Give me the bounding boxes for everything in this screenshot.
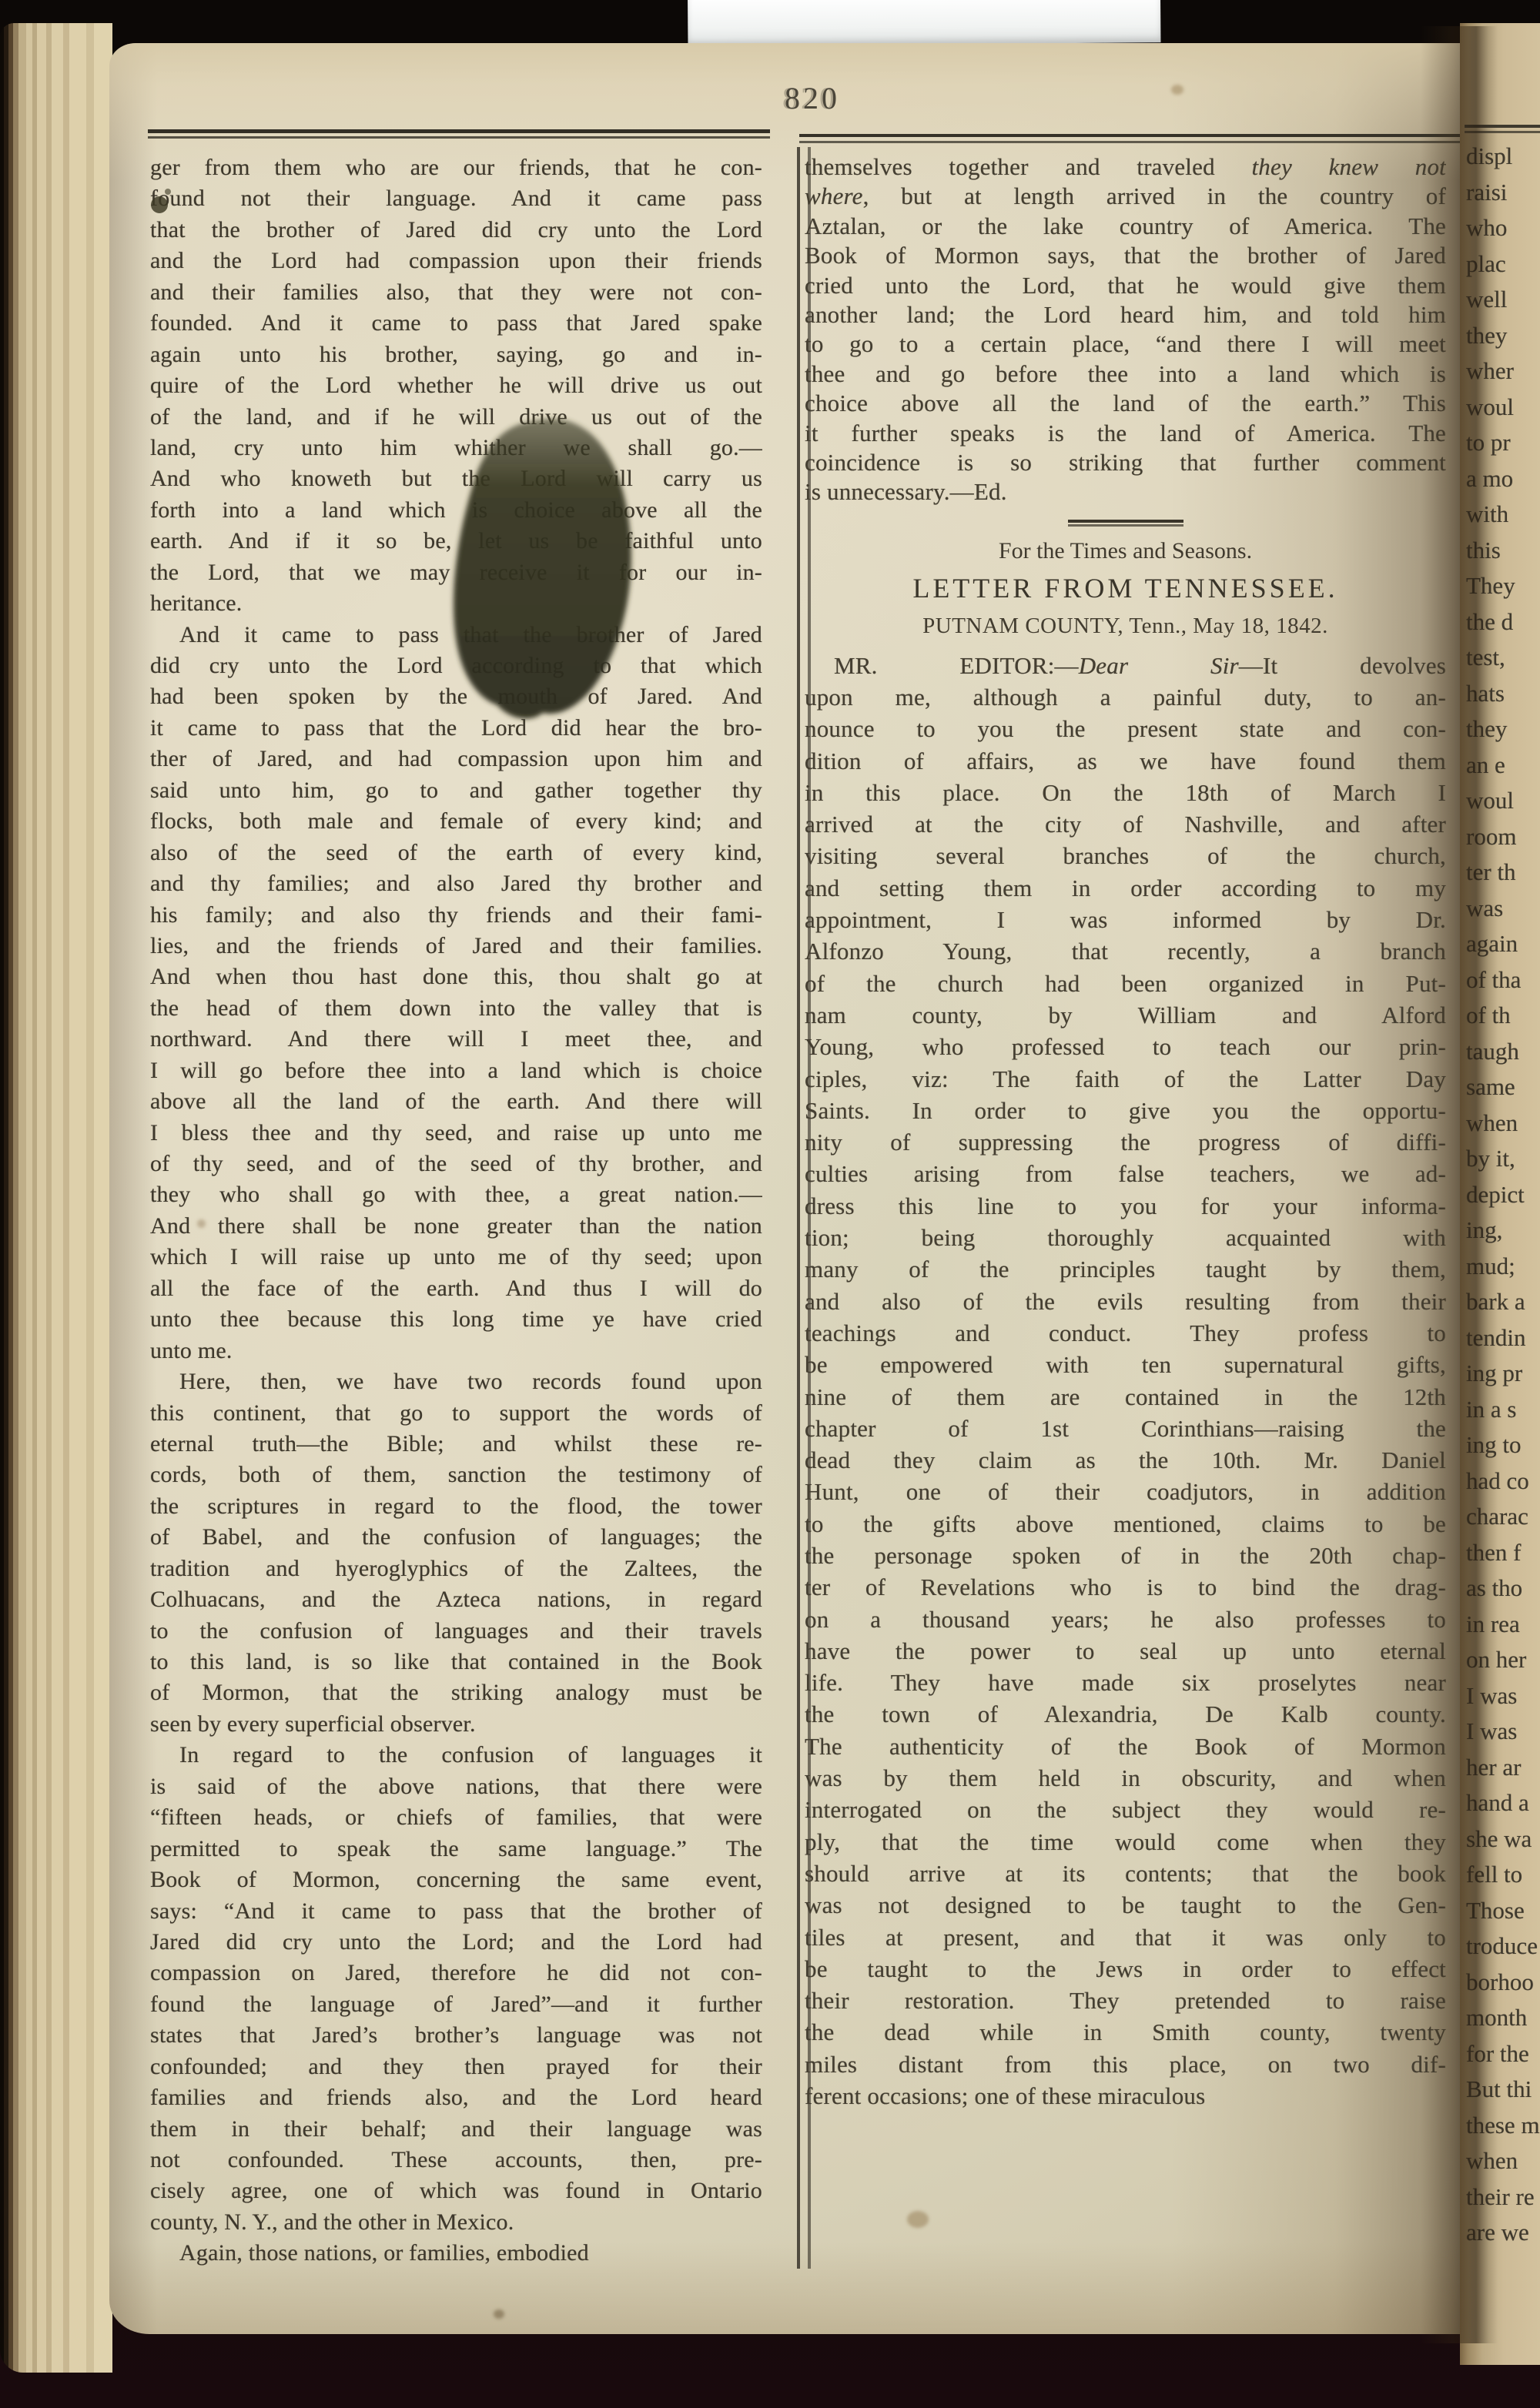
- column-top-rule-sliver: [1465, 125, 1540, 133]
- text-line-fragment: ter th: [1466, 855, 1540, 891]
- column-top-rule-left: [148, 129, 770, 139]
- text-line-fragment: with: [1466, 497, 1540, 533]
- text-line: unto me.: [150, 1336, 762, 1366]
- text-line: be empowered with ten supernatural gifts…: [805, 1349, 1446, 1380]
- text-line: forth into a land which is choice above …: [150, 495, 762, 526]
- text-line: ferent occasions; one of these miraculou…: [805, 2080, 1446, 2112]
- text-line-fragment: fell to: [1466, 1857, 1540, 1893]
- text-line-fragment: room: [1466, 819, 1540, 855]
- text-line-fragment: I was: [1466, 1714, 1540, 1750]
- text-line: miles distant from this place, on two di…: [805, 2048, 1446, 2080]
- text-line: which I will raise up unto me of thy see…: [150, 1242, 762, 1273]
- text-line: And when thou hast done this, thou shalt…: [150, 962, 762, 992]
- text-line-fragment: they: [1466, 318, 1540, 354]
- article-body-block: MR. EDITOR:—Dear Sir—It devolvesupon me,…: [805, 650, 1446, 2112]
- text-line: his family; and also thy friends and the…: [150, 900, 762, 931]
- text-line: and their families also, that they were …: [150, 277, 762, 308]
- text-line: cisely agree, one of which was found in …: [150, 2176, 762, 2206]
- text-line: flocks, both male and female of every ki…: [150, 806, 762, 837]
- text-line-fragment: well: [1466, 282, 1540, 318]
- text-line-fragment: hand a: [1466, 1785, 1540, 1821]
- text-line-fragment: raisi: [1466, 175, 1540, 211]
- text-line-fragment: tendin: [1466, 1320, 1540, 1356]
- text-line: all the face of the earth. And thus I wi…: [150, 1273, 762, 1304]
- text-line-fragment: their re: [1466, 2179, 1540, 2216]
- text-line: Saints. In order to give you the opportu…: [805, 1095, 1446, 1126]
- text-line: this continent, that go to support the w…: [150, 1398, 762, 1429]
- text-line-fragment: for the: [1466, 2036, 1540, 2072]
- text-line: thee and go before thee into a land whic…: [805, 360, 1446, 389]
- article-dateline: PUTNAM COUNTY, Tenn., May 18, 1842.: [805, 608, 1446, 644]
- text-line-fragment: But thi: [1466, 2072, 1540, 2108]
- text-line: I bless thee and thy seed, and raise up …: [150, 1118, 762, 1149]
- text-line-fragment: her ar: [1466, 1750, 1540, 1786]
- paper-bookmark: [688, 0, 1160, 46]
- text-line: The authenticity of the Book of Mormon: [805, 1731, 1446, 1762]
- text-line-fragment: ing,: [1466, 1212, 1540, 1249]
- text-line-fragment: mud;: [1466, 1249, 1540, 1285]
- text-line: of Babel, and the confusion of languages…: [150, 1522, 762, 1553]
- text-line: and thy families; and also Jared thy bro…: [150, 868, 762, 899]
- text-line-fragment: then f: [1466, 1535, 1540, 1571]
- text-line: nity of suppressing the progress of diff…: [805, 1126, 1446, 1158]
- text-line: did cry unto the Lord according to that …: [150, 650, 762, 681]
- sliver-text-column: displraisiwhoplacwelltheywherwoulto pra …: [1466, 139, 1540, 2251]
- text-line: found the language of Jared”—and it furt…: [150, 1989, 762, 2020]
- text-line: families and friends also, and the Lord …: [150, 2082, 762, 2113]
- text-line: And there shall be none greater than the…: [150, 1211, 762, 1242]
- book-binding-edge: [0, 23, 112, 2373]
- text-line: Again, those nations, or families, embod…: [150, 2238, 762, 2269]
- text-line: that the brother of Jared did cry unto t…: [150, 215, 762, 246]
- text-line: Colhuacans, and the Azteca nations, in r…: [150, 1584, 762, 1615]
- text-line: Book of Mormon says, that the brother of…: [805, 241, 1446, 270]
- text-line: Jared did cry unto the Lord; and the Lor…: [150, 1927, 762, 1958]
- text-line: ter of Revelations who is to bind the dr…: [805, 1571, 1446, 1603]
- text-line: appointment, I was informed by Dr.: [805, 904, 1446, 935]
- text-line-fragment: as tho: [1466, 1570, 1540, 1607]
- text-line: the dead while in Smith county, twenty: [805, 2016, 1446, 2048]
- text-line: upon me, although a painful duty, to an-: [805, 681, 1446, 713]
- left-text-column: ger from them who are our friends, that …: [150, 152, 762, 2269]
- text-line-fragment: depict: [1466, 1177, 1540, 1213]
- text-line-fragment: who: [1466, 210, 1540, 246]
- text-line: culties arising from false teachers, we …: [805, 1158, 1446, 1189]
- text-line: dition of affairs, as we have found them: [805, 745, 1446, 777]
- text-line: it further speaks is the land of America…: [805, 419, 1446, 448]
- text-line: compassion on Jared, therefore he did no…: [150, 1958, 762, 1988]
- text-line: the head of them down into the valley th…: [150, 993, 762, 1024]
- text-line-fragment: she wa: [1466, 1821, 1540, 1858]
- text-line: their restoration. They pretended to rai…: [805, 1985, 1446, 2016]
- text-line: tion; being thoroughly acquainted with: [805, 1222, 1446, 1253]
- text-line: Alfonzo Young, that recently, a branch: [805, 935, 1446, 967]
- text-line: have the power to seal up unto eternal: [805, 1635, 1446, 1667]
- left-page: 820 ger from them who are our friends, t…: [109, 43, 1471, 2334]
- text-line: it came to pass that the Lord did hear t…: [150, 713, 762, 744]
- text-line: to go to a certain place, “and there I w…: [805, 329, 1446, 359]
- text-line: and the Lord had compassion upon their f…: [150, 246, 762, 276]
- article-end-block: themselves together and traveled they kn…: [805, 152, 1446, 507]
- text-line: many of the principles taught by them,: [805, 1253, 1446, 1285]
- text-line-fragment: on her: [1466, 1642, 1540, 1678]
- text-line: northward. And there will I meet thee, a…: [150, 1024, 762, 1055]
- text-line: arrived at the city of Nashville, and af…: [805, 808, 1446, 840]
- text-line-fragment: woul: [1466, 390, 1540, 426]
- text-line: cords, both of them, sanction the testim…: [150, 1460, 762, 1490]
- text-line: nounce to you the present state and con-: [805, 713, 1446, 744]
- text-line: Here, then, we have two records found up…: [150, 1366, 762, 1397]
- middle-text-column: themselves together and traveled they kn…: [805, 152, 1446, 2112]
- text-line-fragment: by it,: [1466, 1141, 1540, 1177]
- text-line: MR. EDITOR:—Dear Sir—It devolves: [805, 650, 1446, 681]
- text-line-fragment: Those: [1466, 1893, 1540, 1929]
- text-line: nam county, by William and Alford: [805, 999, 1446, 1031]
- text-line: to this land, is so like that contained …: [150, 1647, 762, 1677]
- text-line: Book of Mormon, concerning the same even…: [150, 1865, 762, 1895]
- text-line: should arrive at its contents; that the …: [805, 1858, 1446, 1889]
- text-line: they who shall go with thee, a great nat…: [150, 1179, 762, 1210]
- text-line-fragment: an e: [1466, 747, 1540, 784]
- text-line-fragment: these m: [1466, 2108, 1540, 2144]
- text-line: on a thousand years; he also professes t…: [805, 1604, 1446, 1635]
- text-line: visiting several branches of the church,: [805, 840, 1446, 871]
- text-line: eternal truth—the Bible; and whilst thes…: [150, 1429, 762, 1460]
- text-line-fragment: had co: [1466, 1463, 1540, 1500]
- text-line-fragment: are we: [1466, 2215, 1540, 2251]
- text-line: county, N. Y., and the other in Mexico.: [150, 2207, 762, 2238]
- text-line-fragment: I was: [1466, 1678, 1540, 1714]
- text-line: of the church had been organized in Put-: [805, 968, 1446, 999]
- text-line: chapter of 1st Corinthians—raising the: [805, 1413, 1446, 1444]
- article-attribution: For the Times and Seasons.: [805, 534, 1446, 568]
- text-line: of the land, and if he will drive us out…: [150, 402, 762, 433]
- text-line: of thy seed, and of the seed of thy brot…: [150, 1149, 762, 1179]
- text-line-fragment: the d: [1466, 604, 1540, 640]
- text-line: “fifteen heads, or chiefs of families, t…: [150, 1802, 762, 1833]
- text-line: where, but at length arrived in the coun…: [805, 182, 1446, 211]
- text-line-fragment: a mo: [1466, 461, 1540, 497]
- text-line-fragment: in a s: [1466, 1392, 1540, 1428]
- text-line: to the confusion of languages and their …: [150, 1616, 762, 1647]
- text-line: In regard to the confusion of languages …: [150, 1740, 762, 1771]
- text-line: was not designed to be taught to the Gen…: [805, 1889, 1446, 1921]
- text-line-fragment: bark a: [1466, 1284, 1540, 1320]
- text-line: also of the seed of the earth of every k…: [150, 838, 762, 868]
- text-line-fragment: of tha: [1466, 962, 1540, 998]
- text-line: again unto his brother, saying, go and i…: [150, 339, 762, 370]
- text-line: Young, who professed to teach our prin-: [805, 1031, 1446, 1062]
- text-line: another land; the Lord heard him, and to…: [805, 300, 1446, 329]
- text-line: confounded; and they then prayed for the…: [150, 2052, 762, 2082]
- text-line-fragment: this: [1466, 533, 1540, 569]
- text-line-fragment: troduce: [1466, 1928, 1540, 1965]
- text-line: the Lord, that we may receive it for our…: [150, 557, 762, 588]
- article-headline: LETTER FROM TENNESSEE.: [805, 568, 1446, 608]
- text-line: ger from them who are our friends, that …: [150, 152, 762, 183]
- text-line: And who knoweth but the Lord will carry …: [150, 463, 762, 494]
- text-line: dress this line to you for your informa-: [805, 1190, 1446, 1222]
- text-line: says: “And it came to pass that the brot…: [150, 1896, 762, 1927]
- text-line: dead they claim as the 10th. Mr. Daniel: [805, 1444, 1446, 1476]
- text-line-fragment: test,: [1466, 640, 1540, 676]
- text-line-fragment: month: [1466, 2000, 1540, 2036]
- text-line: Hunt, one of their coadjutors, in additi…: [805, 1476, 1446, 1507]
- text-line-fragment: in rea: [1466, 1607, 1540, 1643]
- text-line: seen by every superficial observer.: [150, 1709, 762, 1740]
- text-line: not confounded. These accounts, then, pr…: [150, 2145, 762, 2176]
- text-line: had been spoken by the mouth of Jared. A…: [150, 681, 762, 712]
- text-line: states that Jared’s brother’s language w…: [150, 2020, 762, 2051]
- column-top-rule-middle: [799, 134, 1471, 144]
- text-line: in this place. On the 18th of March I: [805, 777, 1446, 808]
- text-line: lies, and the friends of Jared and their…: [150, 931, 762, 962]
- text-line-fragment: They: [1466, 568, 1540, 604]
- text-line: nine of them are contained in the 12th: [805, 1381, 1446, 1413]
- text-line: ciples, viz: The faith of the Latter Day: [805, 1063, 1446, 1095]
- right-page-sliver: displraisiwhoplacwelltheywherwoulto pra …: [1460, 23, 1540, 2365]
- text-line: interrogated on the subject they would r…: [805, 1794, 1446, 1825]
- text-line: tradition and hyeroglyphics of the Zalte…: [150, 1553, 762, 1584]
- text-line-fragment: of th: [1466, 998, 1540, 1034]
- page-number: 820: [109, 80, 1471, 116]
- text-line: be taught to the Jews in order to effect: [805, 1953, 1446, 1985]
- text-line-fragment: displ: [1466, 139, 1540, 175]
- text-line: themselves together and traveled they kn…: [805, 152, 1446, 182]
- text-line: is unnecessary.—Ed.: [805, 477, 1446, 507]
- text-line: earth. And if it so be, let us be faithf…: [150, 526, 762, 557]
- text-line: the scriptures in regard to the flood, t…: [150, 1491, 762, 1522]
- book-page-photo: 820 ger from them who are our friends, t…: [0, 0, 1540, 2408]
- text-line-fragment: was: [1466, 891, 1540, 927]
- text-line: the town of Alexandria, De Kalb county.: [805, 1698, 1446, 1730]
- text-line: found not their language. And it came pa…: [150, 183, 762, 214]
- text-line: tiles at present, and that it was only t…: [805, 1921, 1446, 1953]
- text-line-fragment: plac: [1466, 246, 1540, 283]
- text-line-fragment: they: [1466, 711, 1540, 747]
- section-divider-rule: [1068, 520, 1183, 527]
- text-line-fragment: taugh: [1466, 1034, 1540, 1070]
- text-line: to the gifts above mentioned, claims to …: [805, 1508, 1446, 1540]
- text-line: them in their behalf; and their language…: [150, 2114, 762, 2145]
- text-line: And it came to pass that the brother of …: [150, 620, 762, 650]
- text-line-fragment: wher: [1466, 353, 1540, 390]
- text-line-fragment: to pr: [1466, 425, 1540, 461]
- text-line: cried unto the Lord, that he would give …: [805, 271, 1446, 300]
- text-line: teachings and conduct. They profess to: [805, 1317, 1446, 1349]
- text-line: heritance.: [150, 588, 762, 619]
- text-line-fragment: woul: [1466, 783, 1540, 819]
- text-line-fragment: ing pr: [1466, 1356, 1540, 1392]
- text-line: ther of Jared, and had compassion upon h…: [150, 744, 762, 774]
- text-line: coincidence is so striking that further …: [805, 448, 1446, 477]
- text-line-fragment: ing to: [1466, 1427, 1540, 1463]
- text-line-fragment: charac: [1466, 1499, 1540, 1535]
- text-line-fragment: hats: [1466, 676, 1540, 712]
- text-line: and also of the evils resulting from the…: [805, 1286, 1446, 1317]
- text-line-fragment: when: [1466, 2143, 1540, 2179]
- text-line: choice above all the land of the earth.”…: [805, 389, 1446, 418]
- text-line: above all the land of the earth. And the…: [150, 1086, 762, 1117]
- text-line: permitted to speak the same language.” T…: [150, 1834, 762, 1865]
- text-line: life. They have made six proselytes near: [805, 1667, 1446, 1698]
- text-line-fragment: borhoo: [1466, 1965, 1540, 2001]
- text-line: land, cry unto him whither we shall go.—: [150, 433, 762, 463]
- text-line: is said of the above nations, that there…: [150, 1771, 762, 1802]
- text-line: Aztalan, or the lake country of America.…: [805, 212, 1446, 241]
- text-line: and setting them in order according to m…: [805, 872, 1446, 904]
- text-line: was by them held in obscurity, and when: [805, 1762, 1446, 1794]
- text-line: of Mormon, that the striking analogy mus…: [150, 1677, 762, 1708]
- text-line-fragment: when: [1466, 1105, 1540, 1142]
- text-line: founded. And it came to pass that Jared …: [150, 308, 762, 339]
- text-line: quire of the Lord whether he will drive …: [150, 370, 762, 401]
- text-line: said unto him, go to and gather together…: [150, 775, 762, 806]
- text-line: the personage spoken of in the 20th chap…: [805, 1540, 1446, 1571]
- text-line: ply, that the time would come when they: [805, 1826, 1446, 1858]
- text-line-fragment: same: [1466, 1069, 1540, 1105]
- text-line-fragment: again: [1466, 926, 1540, 962]
- text-line: I will go before thee into a land which …: [150, 1055, 762, 1086]
- text-line: unto thee because this long time ye have…: [150, 1304, 762, 1335]
